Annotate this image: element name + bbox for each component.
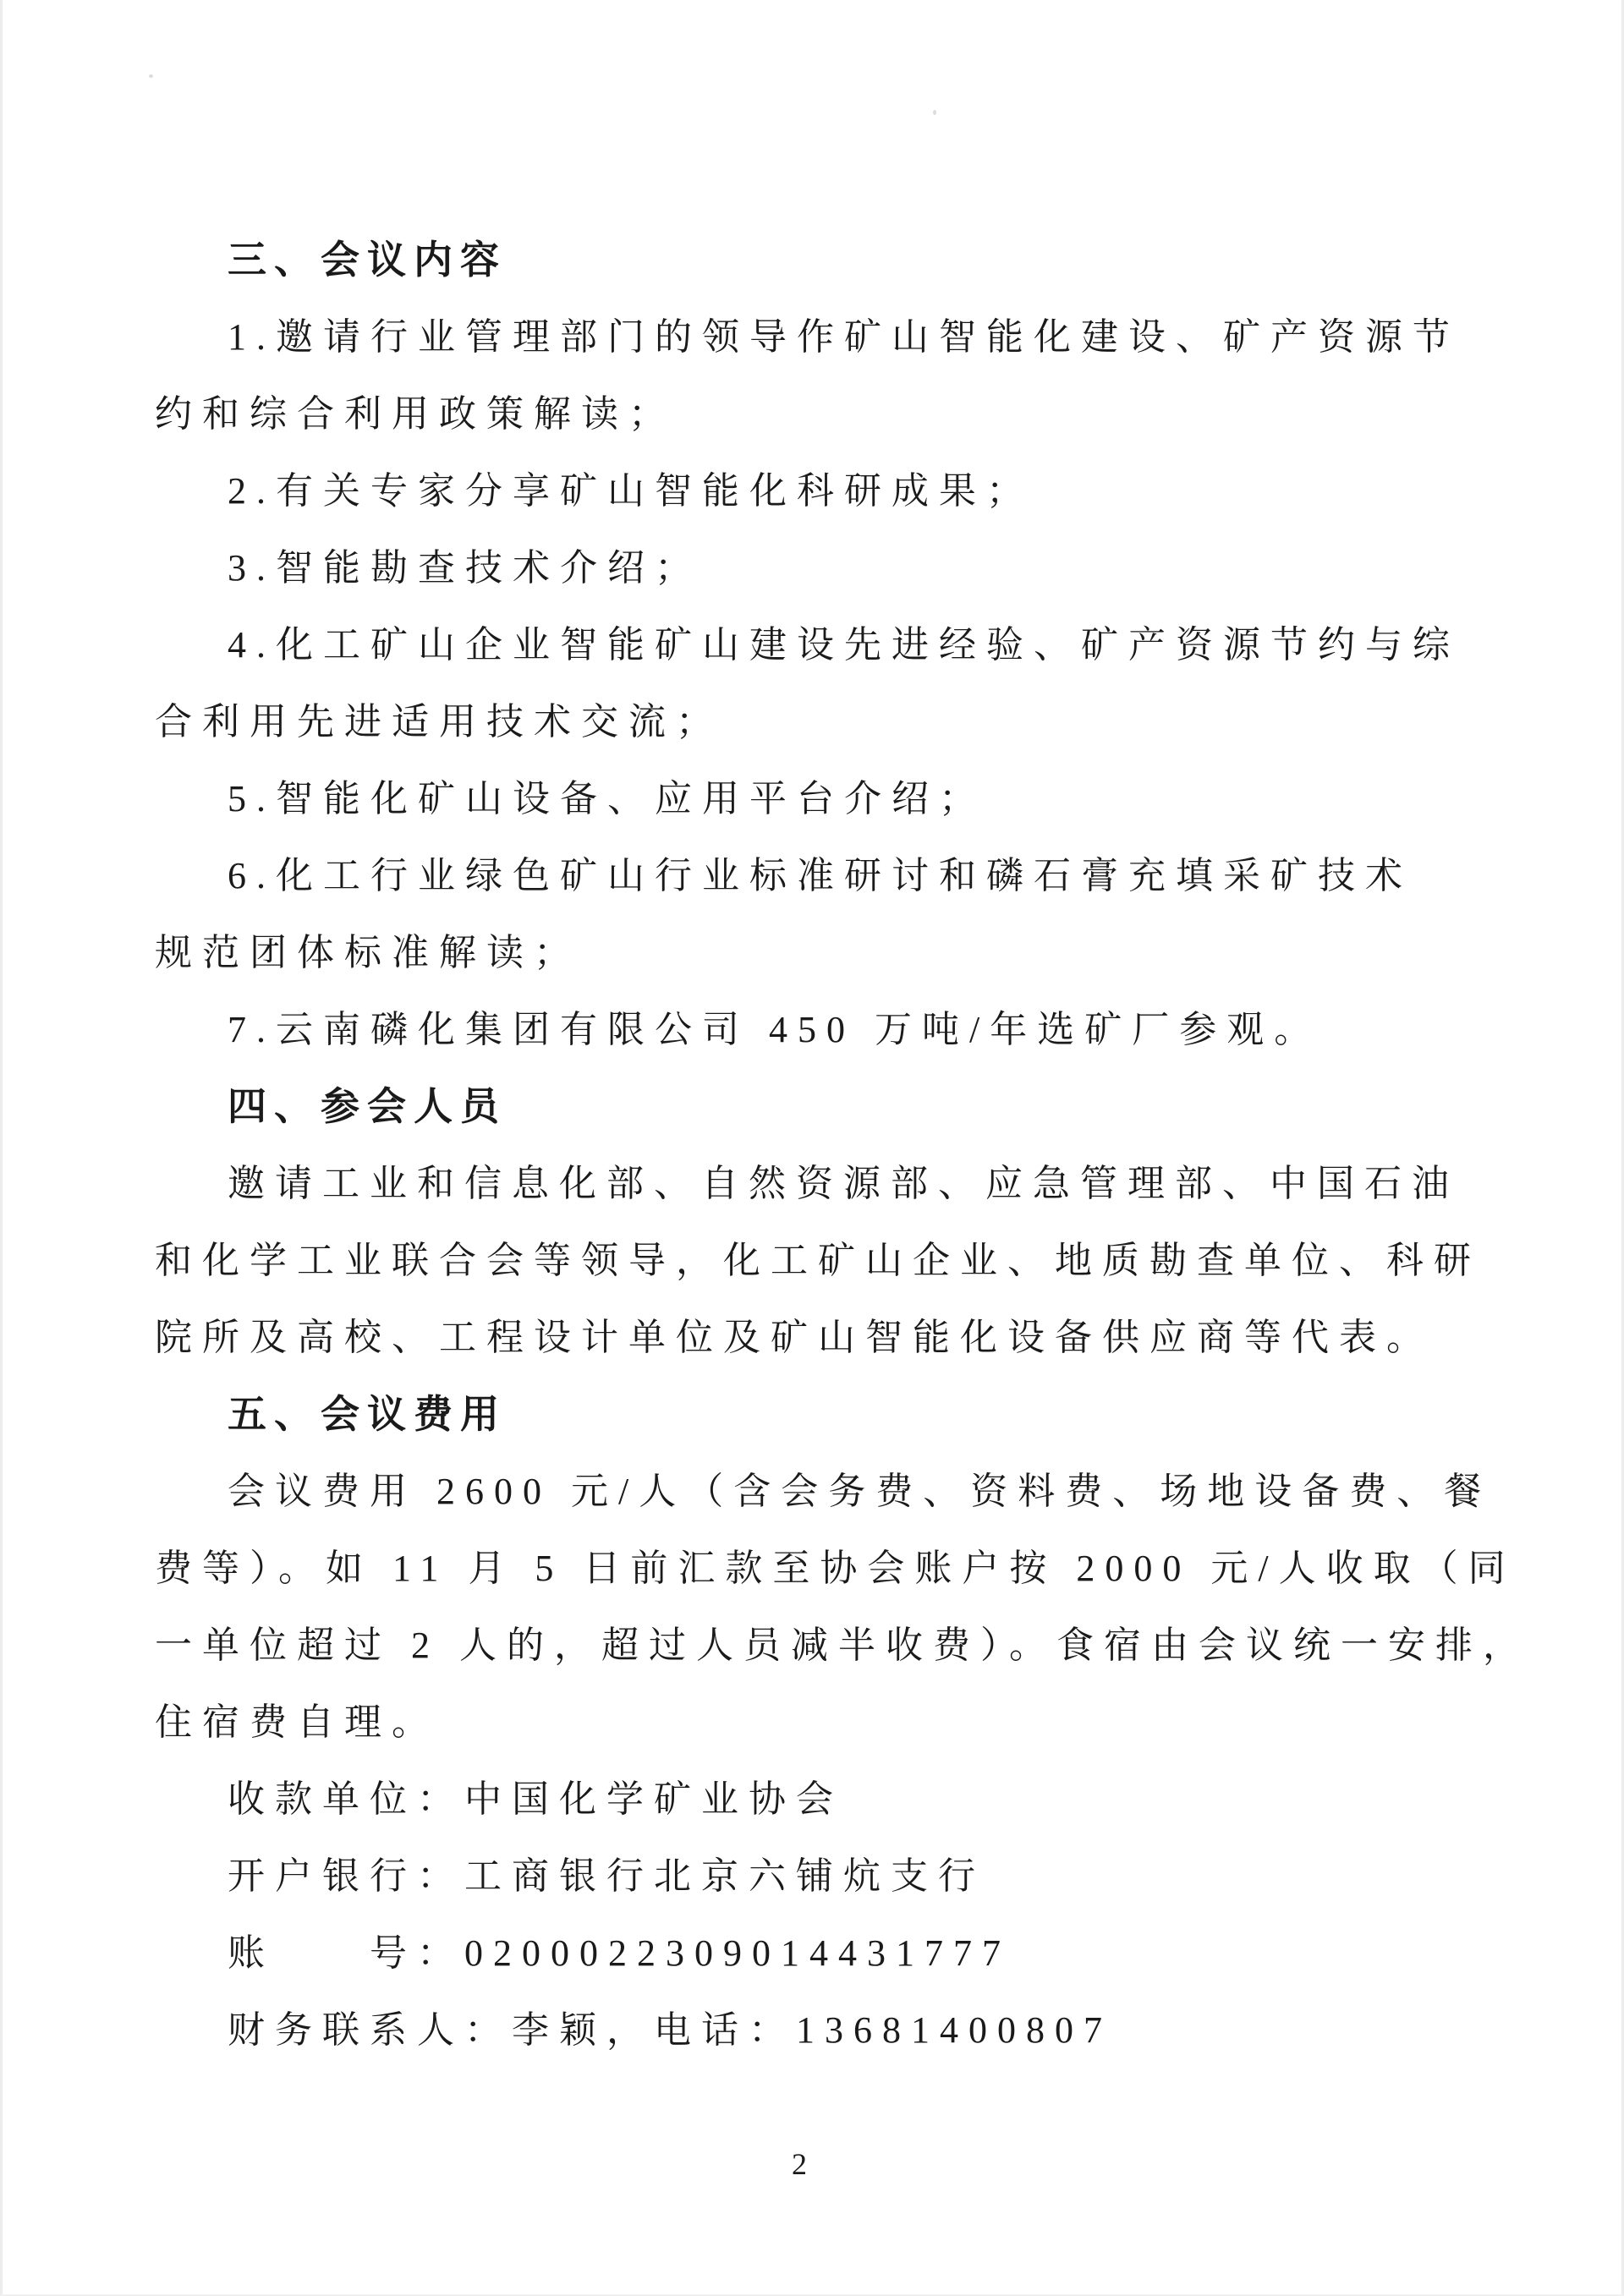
doc-line: 和化学工业联合会等领导，化工矿山企业、地质勘查单位、科研 — [155, 1222, 1474, 1299]
doc-line: 规范团体标准解读； — [155, 914, 1474, 991]
document-page: 三、会议内容 1.邀请行业管理部门的领导作矿山智能化建设、矿产资源节 约和综合利… — [0, 0, 1624, 2296]
scan-speck — [149, 74, 153, 78]
scan-speck — [933, 110, 936, 115]
scan-edge — [0, 0, 3, 2296]
page-number: 2 — [0, 2146, 1599, 2182]
doc-line: 2.有关专家分享矿山智能化科研成果； — [155, 452, 1474, 529]
document-body: 三、会议内容 1.邀请行业管理部门的领导作矿山智能化建设、矿产资源节 约和综合利… — [155, 222, 1474, 2069]
doc-line: 5.智能化矿山设备、应用平台介绍； — [155, 760, 1474, 837]
doc-line: 4.化工矿山企业智能矿山建设先进经验、矿产资源节约与综 — [155, 606, 1474, 683]
doc-line: 院所及高校、工程设计单位及矿山智能化设备供应商等代表。 — [155, 1299, 1474, 1376]
section-heading-participants: 四、参会人员 — [155, 1068, 1474, 1145]
doc-line: 7.云南磷化集团有限公司 450 万吨/年选矿厂参观。 — [155, 991, 1474, 1068]
doc-line: 6.化工行业绿色矿山行业标准研讨和磷石膏充填采矿技术 — [155, 837, 1474, 914]
doc-line: 约和综合利用政策解读； — [155, 375, 1474, 452]
doc-line: 合利用先进适用技术交流； — [155, 683, 1474, 760]
doc-line-bank: 开户银行：工商银行北京六铺炕支行 — [155, 1838, 1474, 1915]
doc-line: 邀请工业和信息化部、自然资源部、应急管理部、中国石油 — [155, 1145, 1474, 1222]
doc-line-finance-contact: 财务联系人：李颖，电话：13681400807 — [155, 1992, 1474, 2069]
doc-line: 3.智能勘查技术介绍； — [155, 529, 1474, 606]
doc-line: 1.邀请行业管理部门的领导作矿山智能化建设、矿产资源节 — [155, 299, 1474, 375]
doc-line: 一单位超过 2 人的，超过人员减半收费）。食宿由会议统一安排， — [155, 1607, 1474, 1684]
doc-line: 住宿费自理。 — [155, 1684, 1474, 1761]
doc-line-account-number: 账 号：0200022309014431777 — [155, 1915, 1474, 1992]
section-heading-fees: 五、会议费用 — [155, 1376, 1474, 1453]
doc-line-payee: 收款单位：中国化学矿业协会 — [155, 1761, 1474, 1838]
section-heading-meeting-content: 三、会议内容 — [155, 222, 1474, 299]
doc-line: 费等）。如 11 月 5 日前汇款至协会账户按 2000 元/人收取（同 — [155, 1530, 1474, 1607]
doc-line: 会议费用 2600 元/人（含会务费、资料费、场地设备费、餐 — [155, 1453, 1474, 1530]
